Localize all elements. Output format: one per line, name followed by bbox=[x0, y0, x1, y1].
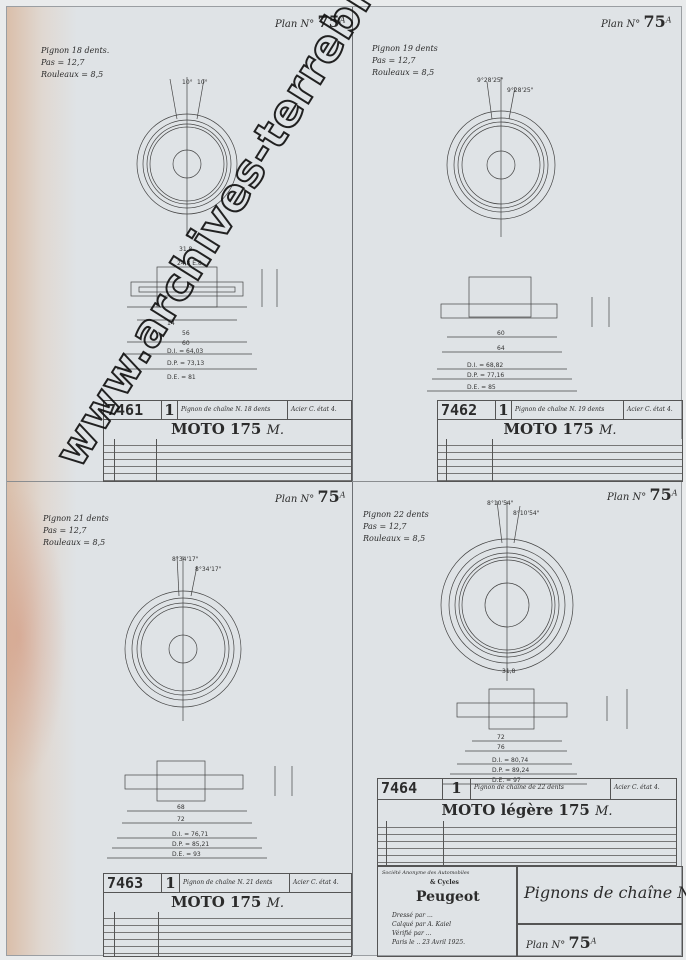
title-block-7461: 7461 1 Pignon de chaîne N. 18 dents Acie… bbox=[103, 400, 352, 482]
svg-text:10°: 10° bbox=[197, 79, 208, 86]
model-title: MOTO 175 M. bbox=[104, 419, 351, 440]
svg-text:60: 60 bbox=[497, 330, 505, 337]
svg-text:56: 56 bbox=[182, 330, 190, 337]
gear-drawing-19: 9°28'25" 9°28'25" 60 64 D.I. = 68,82 D.P… bbox=[337, 7, 682, 407]
svg-text:72: 72 bbox=[497, 734, 505, 741]
svg-text:31,8: 31,8 bbox=[502, 668, 516, 675]
drawing-title: Pignons de chaîne N. bbox=[524, 883, 686, 902]
company-block: Société Anonyme des Automobiles & Cycles… bbox=[377, 866, 517, 957]
title-block-7462: 7462 1 Pignon de chaîne N. 19 dents Acie… bbox=[437, 400, 683, 482]
svg-text:64: 64 bbox=[497, 345, 505, 352]
plan-number-block: Plan N° 75A bbox=[517, 924, 683, 957]
part-description: Pignon de chaîne N. 18 dents bbox=[178, 401, 288, 419]
model-title: MOTO 175 M. bbox=[438, 419, 682, 440]
svg-text:60: 60 bbox=[182, 340, 190, 347]
model-title: MOTO 175 M. bbox=[104, 892, 351, 913]
svg-text:10°: 10° bbox=[182, 79, 193, 86]
svg-text:8°10'54": 8°10'54" bbox=[487, 500, 514, 507]
part-number: 7462 bbox=[438, 401, 496, 419]
svg-text:76: 76 bbox=[497, 744, 505, 751]
drawing-sheet: Plan N° 75A Pignon 18 dents. Pas = 12,7 … bbox=[6, 6, 682, 956]
material: Acier C. état 4. bbox=[624, 401, 685, 419]
part-description: Pignon de chaîne N. 21 dents bbox=[180, 874, 290, 892]
svg-text:D.P. = 85,21: D.P. = 85,21 bbox=[172, 841, 209, 848]
svg-text:D.P. = 89,24: D.P. = 89,24 bbox=[492, 767, 529, 774]
title-block-7463: 7463 1 Pignon de chaîne N. 21 dents Acie… bbox=[103, 873, 352, 957]
svg-text:8°10'54": 8°10'54" bbox=[513, 510, 540, 517]
svg-text:D.E. = 81: D.E. = 81 bbox=[167, 374, 196, 381]
drawing-title-block: Pignons de chaîne N. bbox=[517, 866, 683, 924]
svg-text:72: 72 bbox=[177, 816, 185, 823]
svg-text:D.E. = 85: D.E. = 85 bbox=[467, 384, 496, 391]
model-title: MOTO légère 175 M. bbox=[378, 799, 676, 822]
svg-text:8°34'17": 8°34'17" bbox=[195, 566, 222, 573]
quantity: 1 bbox=[162, 401, 178, 419]
part-description: Pignon de chaîne de 22 dents bbox=[471, 779, 611, 799]
svg-text:D.E. = 93: D.E. = 93 bbox=[172, 851, 201, 858]
part-number: 7463 bbox=[104, 874, 162, 892]
quantity: 1 bbox=[496, 401, 512, 419]
svg-text:9°28'25": 9°28'25" bbox=[507, 87, 534, 94]
svg-text:9°28'25": 9°28'25" bbox=[477, 77, 504, 84]
svg-text:D.I. = 80,74: D.I. = 80,74 bbox=[492, 757, 528, 764]
svg-text:D.P. = 77,16: D.P. = 77,16 bbox=[467, 372, 504, 379]
part-number: 7464 bbox=[378, 779, 443, 799]
quantity: 1 bbox=[162, 874, 180, 892]
title-block-7464: 7464 1 Pignon de chaîne de 22 dents Acie… bbox=[377, 778, 677, 866]
svg-text:D.I. = 68,82: D.I. = 68,82 bbox=[467, 362, 503, 369]
svg-text:D.I. = 76,71: D.I. = 76,71 bbox=[172, 831, 208, 838]
part-description: Pignon de chaîne N. 19 dents bbox=[512, 401, 624, 419]
svg-text:D.P. = 73,13: D.P. = 73,13 bbox=[167, 360, 204, 367]
svg-text:8°34'17": 8°34'17" bbox=[172, 556, 199, 563]
material: Acier C. état 4. bbox=[611, 779, 680, 799]
svg-text:D.I. = 64,03: D.I. = 64,03 bbox=[167, 348, 203, 355]
company-logo: Peugeot bbox=[416, 889, 480, 905]
quantity: 1 bbox=[443, 779, 471, 799]
svg-text:68: 68 bbox=[177, 804, 185, 811]
